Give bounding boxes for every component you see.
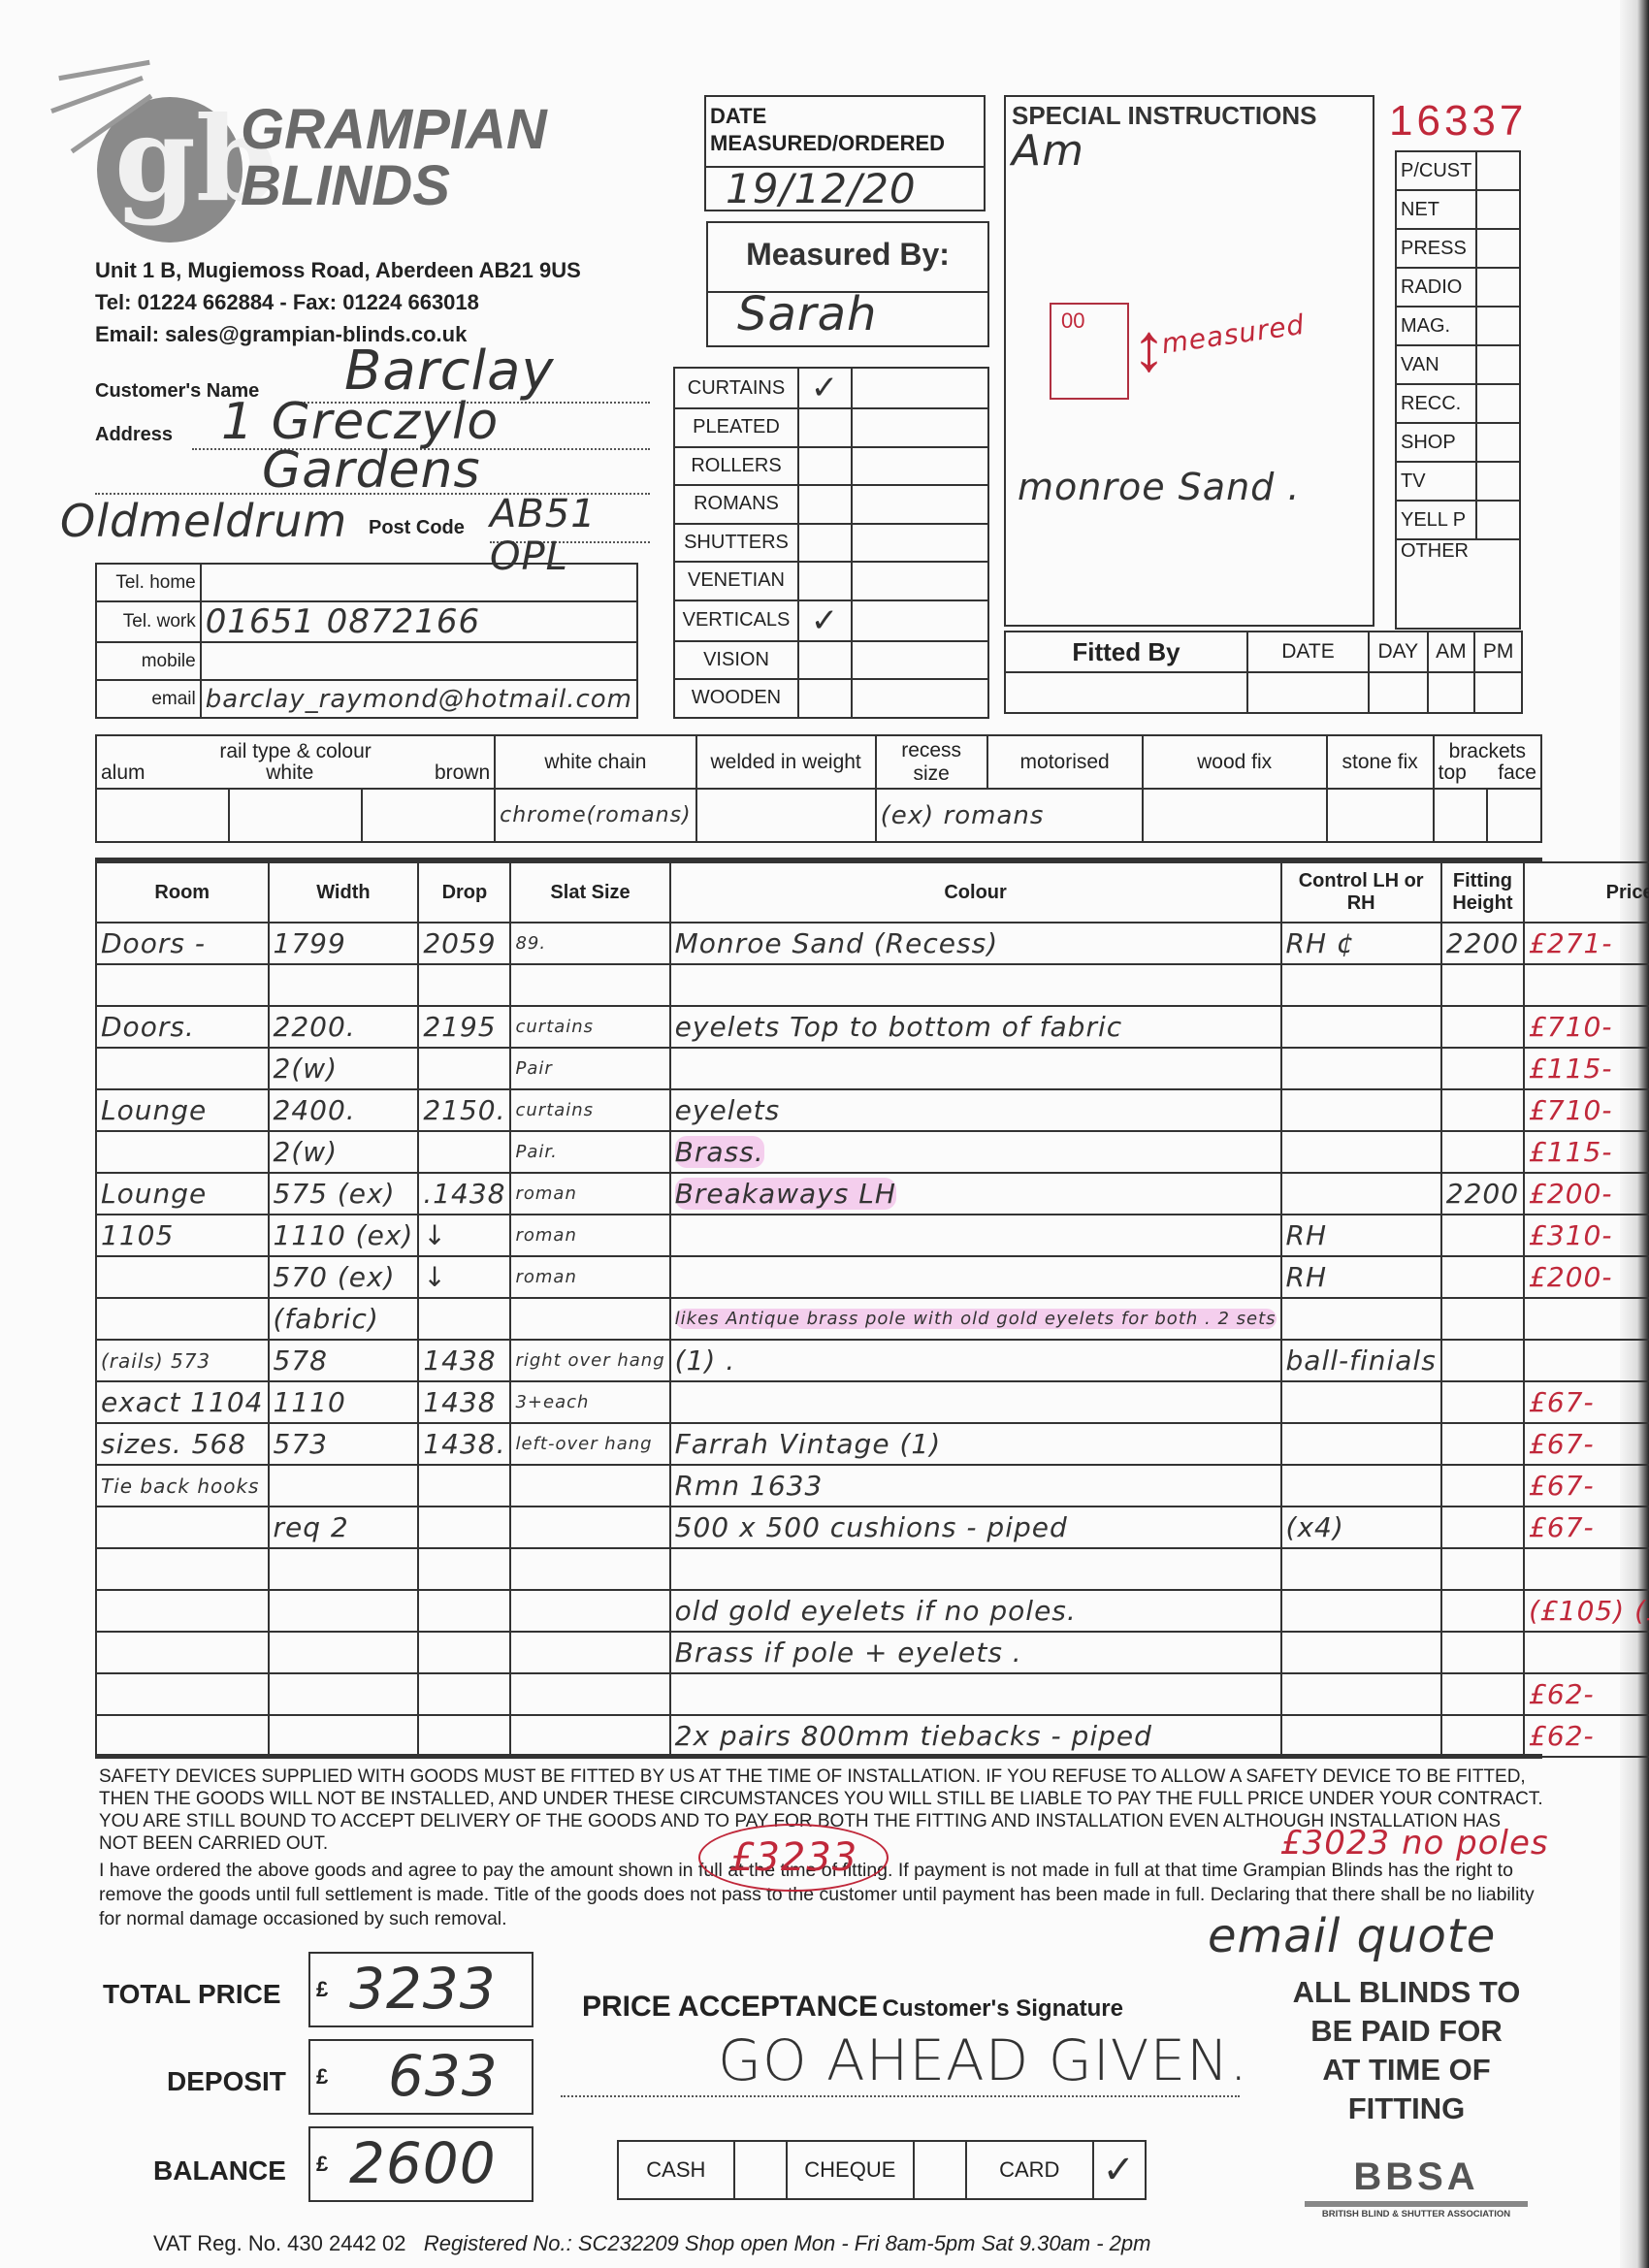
- special-note-top[interactable]: Am: [1012, 126, 1084, 176]
- cell-slat[interactable]: [510, 1507, 669, 1548]
- cell-control[interactable]: [1281, 1298, 1441, 1340]
- cell-drop[interactable]: [418, 1048, 510, 1089]
- column-header: Room: [96, 862, 269, 923]
- cell-drop[interactable]: 2150.: [418, 1089, 510, 1131]
- cell-control[interactable]: [1281, 1465, 1441, 1507]
- cell-drop[interactable]: [418, 1507, 510, 1548]
- white-chain-cell[interactable]: chrome(romans): [495, 789, 696, 842]
- column-header: Price: [1524, 862, 1649, 923]
- payment-label: CASH: [618, 2141, 734, 2199]
- cell-width[interactable]: 1110: [269, 1381, 419, 1423]
- highlighted-note: Breakaways LH: [675, 1178, 896, 1210]
- cell-fit[interactable]: [1441, 1048, 1524, 1089]
- options-table: rail type & colouralumwhitebrown white c…: [95, 734, 1542, 843]
- cell-fit[interactable]: [1441, 1423, 1524, 1465]
- cell-price[interactable]: £67-: [1524, 1381, 1649, 1423]
- product-type-checkbox[interactable]: ✓: [798, 368, 852, 408]
- cell-drop[interactable]: [418, 1632, 510, 1673]
- cell-fit[interactable]: [1441, 1298, 1524, 1340]
- product-type-notes[interactable]: [852, 679, 988, 718]
- special-note-fabric[interactable]: monroe Sand .: [1018, 466, 1300, 508]
- cell-slat[interactable]: [510, 1715, 669, 1757]
- table-row: exact 1104111014383+each£67-: [96, 1381, 1649, 1423]
- cell-slat[interactable]: [510, 1673, 669, 1715]
- cell-width[interactable]: 578: [269, 1340, 419, 1381]
- contact-label: Tel. work: [96, 601, 201, 642]
- cell-control[interactable]: [1281, 1089, 1441, 1131]
- fitted-day-input[interactable]: [1369, 672, 1428, 713]
- cell-fit[interactable]: [1441, 1465, 1524, 1507]
- cell-price[interactable]: £62-: [1524, 1715, 1649, 1757]
- fitted-pm-input[interactable]: [1474, 672, 1522, 713]
- bracket-top-cell[interactable]: [1434, 789, 1488, 842]
- cell-colour[interactable]: [670, 1048, 1281, 1089]
- cell-room[interactable]: [96, 1673, 269, 1715]
- order-lines-table: RoomWidthDropSlat SizeColourControl LH o…: [95, 861, 1649, 1758]
- recess-cell[interactable]: (ex) romans: [876, 789, 1143, 842]
- cell-control[interactable]: [1281, 1131, 1441, 1173]
- deposit-box[interactable]: £ 633: [308, 2039, 533, 2115]
- cell-slat[interactable]: curtains: [510, 1089, 669, 1131]
- footer: VAT Reg. No. 430 2442 02 Registered No.:…: [153, 2231, 1150, 2256]
- contact-label: Tel. home: [96, 564, 201, 601]
- source-checkbox[interactable]: [1476, 501, 1520, 539]
- payment-checkbox[interactable]: [914, 2141, 966, 2199]
- cell-price[interactable]: £710-: [1524, 1006, 1649, 1048]
- cell-price[interactable]: £710-: [1524, 1089, 1649, 1131]
- cell-control[interactable]: [1281, 1590, 1441, 1632]
- cell-room[interactable]: [96, 1715, 269, 1757]
- cell-colour[interactable]: Monroe Sand (Recess): [670, 923, 1281, 964]
- contact-table: Tel. home Tel. work 01651 0872166mobile …: [95, 563, 638, 719]
- cell-colour[interactable]: [670, 1673, 1281, 1715]
- table-row: £62-: [96, 1673, 1649, 1715]
- table-row: req 2500 x 500 cushions - piped(x4)£67-: [96, 1507, 1649, 1548]
- measure-arrow-icon: ↕: [1132, 299, 1166, 396]
- cell-slat[interactable]: [510, 1590, 669, 1632]
- cell-slat[interactable]: roman: [510, 1256, 669, 1298]
- product-type-label: PLEATED: [674, 408, 798, 447]
- cell-price[interactable]: £62-: [1524, 1673, 1649, 1715]
- cell-price[interactable]: [1524, 1548, 1649, 1590]
- table-row: (rails) 5735781438right over hang(1) .ba…: [96, 1340, 1649, 1381]
- product-type-label: VENETIAN: [674, 562, 798, 600]
- source-label: MAG.: [1396, 307, 1476, 345]
- table-row: 2x pairs 800mm tiebacks - piped£62-: [96, 1715, 1649, 1757]
- cell-width[interactable]: 575 (ex): [269, 1173, 419, 1215]
- cell-slat[interactable]: 89.: [510, 923, 669, 964]
- cell-price[interactable]: [1524, 964, 1649, 1006]
- cell-slat[interactable]: Pair.: [510, 1131, 669, 1173]
- cell-control[interactable]: [1281, 1173, 1441, 1215]
- cell-width[interactable]: [269, 1632, 419, 1673]
- cell-price[interactable]: £200-: [1524, 1256, 1649, 1298]
- cell-fit[interactable]: [1441, 1131, 1524, 1173]
- table-row: 570 (ex)↓romanRH£200-: [96, 1256, 1649, 1298]
- cell-drop[interactable]: [418, 1298, 510, 1340]
- cell-room[interactable]: Doors.: [96, 1006, 269, 1048]
- cell-fit[interactable]: 2200: [1441, 1173, 1524, 1215]
- cell-slat[interactable]: curtains: [510, 1006, 669, 1048]
- product-type-notes[interactable]: [852, 562, 988, 600]
- cell-fit[interactable]: [1441, 1215, 1524, 1256]
- cell-slat[interactable]: [510, 1298, 669, 1340]
- product-type-notes[interactable]: [852, 368, 988, 408]
- payment-checkbox[interactable]: ✓: [1093, 2141, 1146, 2199]
- table-row: sizes. 5685731438.left-over hangFarrah V…: [96, 1423, 1649, 1465]
- company-address: Unit 1 B, Mugiemoss Road, Aberdeen AB21 …: [95, 254, 581, 350]
- cell-slat[interactable]: 3+each: [510, 1381, 669, 1423]
- cell-control[interactable]: [1281, 1006, 1441, 1048]
- welded-cell[interactable]: [696, 789, 876, 842]
- cell-room[interactable]: [96, 1131, 269, 1173]
- product-type-label: VISION: [674, 641, 798, 680]
- source-label: VAN: [1396, 345, 1476, 384]
- total-price-box[interactable]: £ 3233: [308, 1952, 533, 2027]
- cell-control[interactable]: [1281, 1715, 1441, 1757]
- table-row: Doors -1799205989.Monroe Sand (Recess)RH…: [96, 923, 1649, 964]
- product-type-label: WOODEN: [674, 679, 798, 718]
- product-type-notes[interactable]: [852, 485, 988, 524]
- source-label: NET: [1396, 190, 1476, 229]
- cell-drop[interactable]: 2059: [418, 923, 510, 964]
- cell-price[interactable]: £115-: [1524, 1131, 1649, 1173]
- window-sketch: 00: [1050, 303, 1129, 400]
- rail-brown-cell[interactable]: [362, 789, 495, 842]
- table-row: (fabric)likes Antique brass pole with ol…: [96, 1298, 1649, 1340]
- cell-price[interactable]: £67-: [1524, 1507, 1649, 1548]
- cell-fit[interactable]: [1441, 1715, 1524, 1757]
- cell-price[interactable]: £67-: [1524, 1423, 1649, 1465]
- cell-slat[interactable]: left-over hang: [510, 1423, 669, 1465]
- product-type-label: ROLLERS: [674, 447, 798, 486]
- cell-room[interactable]: Lounge: [96, 1173, 269, 1215]
- rail-white-cell[interactable]: [229, 789, 362, 842]
- cell-room[interactable]: [96, 1298, 269, 1340]
- contact-value[interactable]: [201, 642, 637, 680]
- cell-room[interactable]: [96, 964, 269, 1006]
- table-row: Lounge575 (ex).1438romanBreakaways LH220…: [96, 1173, 1649, 1215]
- cell-room[interactable]: Tie back hooks: [96, 1465, 269, 1507]
- payment-method-table: CASH CHEQUE CARD ✓: [617, 2140, 1147, 2200]
- cell-fit[interactable]: [1441, 1673, 1524, 1715]
- cell-control[interactable]: [1281, 1632, 1441, 1673]
- cell-control[interactable]: [1281, 1381, 1441, 1423]
- contact-label: mobile: [96, 642, 201, 680]
- source-checkbox[interactable]: [1476, 345, 1520, 384]
- cell-slat[interactable]: [510, 1465, 669, 1507]
- cell-drop[interactable]: [418, 964, 510, 1006]
- cell-price[interactable]: £115-: [1524, 1048, 1649, 1089]
- table-row: Lounge2400.2150.curtainseyelets£710-: [96, 1089, 1649, 1131]
- cell-colour[interactable]: [670, 1215, 1281, 1256]
- cell-width[interactable]: 570 (ex): [269, 1256, 419, 1298]
- cell-width[interactable]: [269, 1715, 419, 1757]
- cell-slat[interactable]: right over hang: [510, 1340, 669, 1381]
- table-row: [96, 964, 1649, 1006]
- special-instructions-box: SPECIAL INSTRUCTIONS Am 00 ↕ measured mo…: [1004, 95, 1374, 627]
- cell-control[interactable]: RH: [1281, 1215, 1441, 1256]
- cell-colour[interactable]: [670, 1256, 1281, 1298]
- cell-room[interactable]: [96, 1590, 269, 1632]
- cell-colour[interactable]: old gold eyelets if no poles.: [670, 1590, 1281, 1632]
- measured-by-value[interactable]: Sarah: [737, 287, 877, 341]
- cell-control[interactable]: [1281, 1048, 1441, 1089]
- contact-value[interactable]: [201, 564, 637, 601]
- order-number: 16337: [1389, 97, 1527, 146]
- source-label: TV: [1396, 462, 1476, 501]
- total-circled-note: £3233: [698, 1824, 889, 1892]
- contact-value[interactable]: 01651 0872166: [201, 601, 637, 642]
- product-type-checklist: CURTAINS ✓ PLEATED ROLLERS ROMANS SHUTTE…: [673, 367, 989, 719]
- cell-room[interactable]: Lounge: [96, 1089, 269, 1131]
- cell-room[interactable]: [96, 1548, 269, 1590]
- cell-price[interactable]: £200-: [1524, 1173, 1649, 1215]
- fitted-by-input[interactable]: [1005, 672, 1247, 713]
- cell-price[interactable]: [1524, 1298, 1649, 1340]
- cell-colour[interactable]: [670, 964, 1281, 1006]
- cell-slat[interactable]: roman: [510, 1215, 669, 1256]
- cell-slat[interactable]: roman: [510, 1173, 669, 1215]
- column-header: Slat Size: [510, 862, 669, 923]
- table-row: Brass if pole + eyelets .: [96, 1632, 1649, 1673]
- cell-room[interactable]: [96, 1632, 269, 1673]
- product-type-label: CURTAINS: [674, 368, 798, 408]
- company-name: GRAMPIAN BLINDS: [241, 102, 547, 214]
- table-row: Tie back hooksRmn 1633£67-: [96, 1465, 1649, 1507]
- cell-fit[interactable]: [1441, 1006, 1524, 1048]
- payment-label: CARD: [966, 2141, 1093, 2199]
- cell-fit[interactable]: [1441, 1256, 1524, 1298]
- cell-slat[interactable]: [510, 964, 669, 1006]
- price-acceptance-heading: PRICE ACCEPTANCE Customer's Signature: [582, 1991, 1123, 2024]
- column-header: Control LH or RH: [1281, 862, 1441, 923]
- table-row: 2(w)Pair£115-: [96, 1048, 1649, 1089]
- cell-fit[interactable]: [1441, 1507, 1524, 1548]
- staples: [39, 58, 155, 175]
- address-line2[interactable]: Gardens: [262, 441, 481, 500]
- cell-slat[interactable]: Pair: [510, 1048, 669, 1089]
- cell-drop[interactable]: [418, 1465, 510, 1507]
- cell-drop[interactable]: 1438.: [418, 1423, 510, 1465]
- payment-notice: ALL BLINDS TO BE PAID FOR AT TIME OF FIT…: [1261, 1973, 1552, 2128]
- email-quote-note: email quote: [1208, 1909, 1496, 1963]
- source-label: RECC.: [1396, 384, 1476, 423]
- cell-drop[interactable]: [418, 1590, 510, 1632]
- cell-room[interactable]: Doors -: [96, 923, 269, 964]
- cell-width[interactable]: 2(w): [269, 1131, 419, 1173]
- cell-drop[interactable]: [418, 1715, 510, 1757]
- product-type-notes[interactable]: [852, 408, 988, 447]
- product-type-notes[interactable]: [852, 600, 988, 641]
- column-header: Colour: [670, 862, 1281, 923]
- cell-room[interactable]: exact 1104: [96, 1381, 269, 1423]
- date-value[interactable]: 19/12/20: [726, 165, 917, 212]
- cell-fit[interactable]: 2200: [1441, 923, 1524, 964]
- cell-colour[interactable]: eyelets Top to bottom of fabric: [670, 1006, 1281, 1048]
- cell-fit[interactable]: [1441, 1548, 1524, 1590]
- cell-width[interactable]: 1110 (ex): [269, 1215, 419, 1256]
- cell-control[interactable]: [1281, 1673, 1441, 1715]
- cell-width[interactable]: [269, 1548, 419, 1590]
- cell-drop[interactable]: [418, 1673, 510, 1715]
- cell-colour[interactable]: Breakaways LH: [670, 1173, 1281, 1215]
- cell-width[interactable]: 573: [269, 1423, 419, 1465]
- cell-room[interactable]: (rails) 573: [96, 1340, 269, 1381]
- cell-fit[interactable]: [1441, 1590, 1524, 1632]
- cell-fit[interactable]: [1441, 1381, 1524, 1423]
- stone-fix-cell[interactable]: [1327, 789, 1434, 842]
- fitted-by-table: Fitted By DATE DAY AM PM: [1004, 631, 1523, 714]
- cell-control[interactable]: RH: [1281, 1256, 1441, 1298]
- cell-width[interactable]: (fabric): [269, 1298, 419, 1340]
- column-header: Drop: [418, 862, 510, 923]
- table-row: Doors.2200.2195curtainseyelets Top to bo…: [96, 1006, 1649, 1048]
- cell-width[interactable]: 2400.: [269, 1089, 419, 1131]
- cell-colour[interactable]: (1) .: [670, 1340, 1281, 1381]
- cell-control[interactable]: [1281, 964, 1441, 1006]
- cell-colour[interactable]: 2x pairs 800mm tiebacks - piped: [670, 1715, 1281, 1757]
- cell-drop[interactable]: [418, 1131, 510, 1173]
- cell-price[interactable]: £67-: [1524, 1465, 1649, 1507]
- product-type-checkbox[interactable]: [798, 641, 852, 680]
- cell-drop[interactable]: 1438: [418, 1340, 510, 1381]
- product-type-label: SHUTTERS: [674, 524, 798, 563]
- product-type-checkbox[interactable]: ✓: [798, 600, 852, 641]
- date-box: DATE MEASURED/ORDERED 19/12/20: [704, 95, 986, 211]
- product-type-notes[interactable]: [852, 641, 988, 680]
- contact-value[interactable]: barclay_raymond@hotmail.com: [201, 680, 637, 718]
- balance-box[interactable]: £ 2600: [308, 2126, 533, 2202]
- cell-control[interactable]: RH ¢: [1281, 923, 1441, 964]
- measured-by-box: Measured By: Sarah: [706, 221, 989, 347]
- product-type-notes[interactable]: [852, 447, 988, 486]
- cell-drop[interactable]: 1438: [418, 1381, 510, 1423]
- source-label: YELL P: [1396, 501, 1476, 539]
- product-type-checkbox[interactable]: [798, 447, 852, 486]
- table-row: 2(w)Pair.Brass.£115-: [96, 1131, 1649, 1173]
- cell-width[interactable]: 2(w): [269, 1048, 419, 1089]
- cell-colour[interactable]: Farrah Vintage (1): [670, 1423, 1281, 1465]
- payment-checkbox[interactable]: [734, 2141, 787, 2199]
- cell-price[interactable]: £271-: [1524, 923, 1649, 964]
- source-list: P/CUSTNETPRESSRADIOMAG.VANRECC.SHOPTVYEL…: [1395, 150, 1521, 630]
- cell-room[interactable]: 1105: [96, 1215, 269, 1256]
- cell-control[interactable]: [1281, 1548, 1441, 1590]
- source-checkbox[interactable]: [1476, 151, 1520, 190]
- bbsa-logo: BBSA BRITISH BLIND & SHUTTER ASSOCIATION: [1305, 2155, 1528, 2219]
- highlighted-note: Brass.: [675, 1136, 764, 1168]
- table-row: 11051110 (ex)↓romanRH£310-: [96, 1215, 1649, 1256]
- column-header: Fitting Height: [1441, 862, 1524, 923]
- product-type-label: ROMANS: [674, 485, 798, 524]
- cell-colour[interactable]: eyelets: [670, 1089, 1281, 1131]
- cell-room[interactable]: sizes. 568: [96, 1423, 269, 1465]
- cell-colour[interactable]: Brass if pole + eyelets .: [670, 1632, 1281, 1673]
- cell-colour[interactable]: Rmn 1633: [670, 1465, 1281, 1507]
- address-town[interactable]: Oldmeldrum: [60, 495, 347, 547]
- source-label: RADIO: [1396, 268, 1476, 307]
- cell-width[interactable]: [269, 1673, 419, 1715]
- highlighted-note: likes Antique brass pole with old gold e…: [675, 1309, 1277, 1329]
- product-type-checkbox[interactable]: [798, 408, 852, 447]
- cell-price[interactable]: [1524, 1632, 1649, 1673]
- cell-fit[interactable]: [1441, 1089, 1524, 1131]
- customer-signature[interactable]: GO AHEAD GIVEN.: [718, 2027, 1248, 2093]
- cell-colour[interactable]: likes Antique brass pole with old gold e…: [670, 1298, 1281, 1340]
- source-label: P/CUST: [1396, 151, 1476, 190]
- cell-fit[interactable]: [1441, 1632, 1524, 1673]
- product-type-checkbox[interactable]: [798, 562, 852, 600]
- cell-room[interactable]: [96, 1048, 269, 1089]
- cell-colour[interactable]: Brass.: [670, 1131, 1281, 1173]
- cell-room[interactable]: [96, 1507, 269, 1548]
- product-type-notes[interactable]: [852, 524, 988, 563]
- cell-width[interactable]: req 2: [269, 1507, 419, 1548]
- cell-drop[interactable]: ↓: [418, 1215, 510, 1256]
- cell-width[interactable]: 2200.: [269, 1006, 419, 1048]
- cell-width[interactable]: [269, 1465, 419, 1507]
- product-type-checkbox[interactable]: [798, 485, 852, 524]
- cell-drop[interactable]: ↓: [418, 1256, 510, 1298]
- cell-price[interactable]: (£105) (£105): [1524, 1590, 1649, 1632]
- column-header: Width: [269, 862, 419, 923]
- product-type-label: VERTICALS: [674, 600, 798, 641]
- payment-label: CHEQUE: [787, 2141, 914, 2199]
- product-type-checkbox[interactable]: [798, 679, 852, 718]
- cell-price[interactable]: £310-: [1524, 1215, 1649, 1256]
- cell-slat[interactable]: [510, 1548, 669, 1590]
- cell-price[interactable]: [1524, 1340, 1649, 1381]
- wood-fix-cell[interactable]: [1143, 789, 1327, 842]
- source-checkbox[interactable]: [1476, 384, 1520, 423]
- cell-slat[interactable]: [510, 1632, 669, 1673]
- cell-fit[interactable]: [1441, 964, 1524, 1006]
- cell-colour[interactable]: [670, 1548, 1281, 1590]
- source-label: SHOP: [1396, 423, 1476, 462]
- product-type-checkbox[interactable]: [798, 524, 852, 563]
- cell-width[interactable]: [269, 1590, 419, 1632]
- fitted-am-input[interactable]: [1428, 672, 1475, 713]
- source-checkbox[interactable]: [1476, 190, 1520, 229]
- no-poles-note: £3023 no poles: [1280, 1824, 1549, 1863]
- cell-fit[interactable]: [1441, 1340, 1524, 1381]
- cell-drop[interactable]: [418, 1548, 510, 1590]
- cell-control[interactable]: ball-finials: [1281, 1340, 1441, 1381]
- contact-label: email: [96, 680, 201, 718]
- source-checkbox[interactable]: [1476, 307, 1520, 345]
- cell-colour[interactable]: [670, 1381, 1281, 1423]
- fitted-date-input[interactable]: [1247, 672, 1369, 713]
- cell-width[interactable]: [269, 964, 419, 1006]
- cell-control[interactable]: [1281, 1423, 1441, 1465]
- cell-colour[interactable]: 500 x 500 cushions - piped: [670, 1507, 1281, 1548]
- cell-room[interactable]: [96, 1256, 269, 1298]
- bracket-face-cell[interactable]: [1487, 789, 1541, 842]
- cell-drop[interactable]: .1438: [418, 1173, 510, 1215]
- source-checkbox[interactable]: [1476, 268, 1520, 307]
- source-label: PRESS: [1396, 229, 1476, 268]
- source-checkbox[interactable]: [1476, 229, 1520, 268]
- cell-control[interactable]: (x4): [1281, 1507, 1441, 1548]
- cell-width[interactable]: 1799: [269, 923, 419, 964]
- rail-alum-cell[interactable]: [96, 789, 229, 842]
- source-checkbox[interactable]: [1476, 462, 1520, 501]
- cell-drop[interactable]: 2195: [418, 1006, 510, 1048]
- table-row: [96, 1548, 1649, 1590]
- source-checkbox[interactable]: [1476, 423, 1520, 462]
- source-other[interactable]: OTHER: [1396, 539, 1520, 629]
